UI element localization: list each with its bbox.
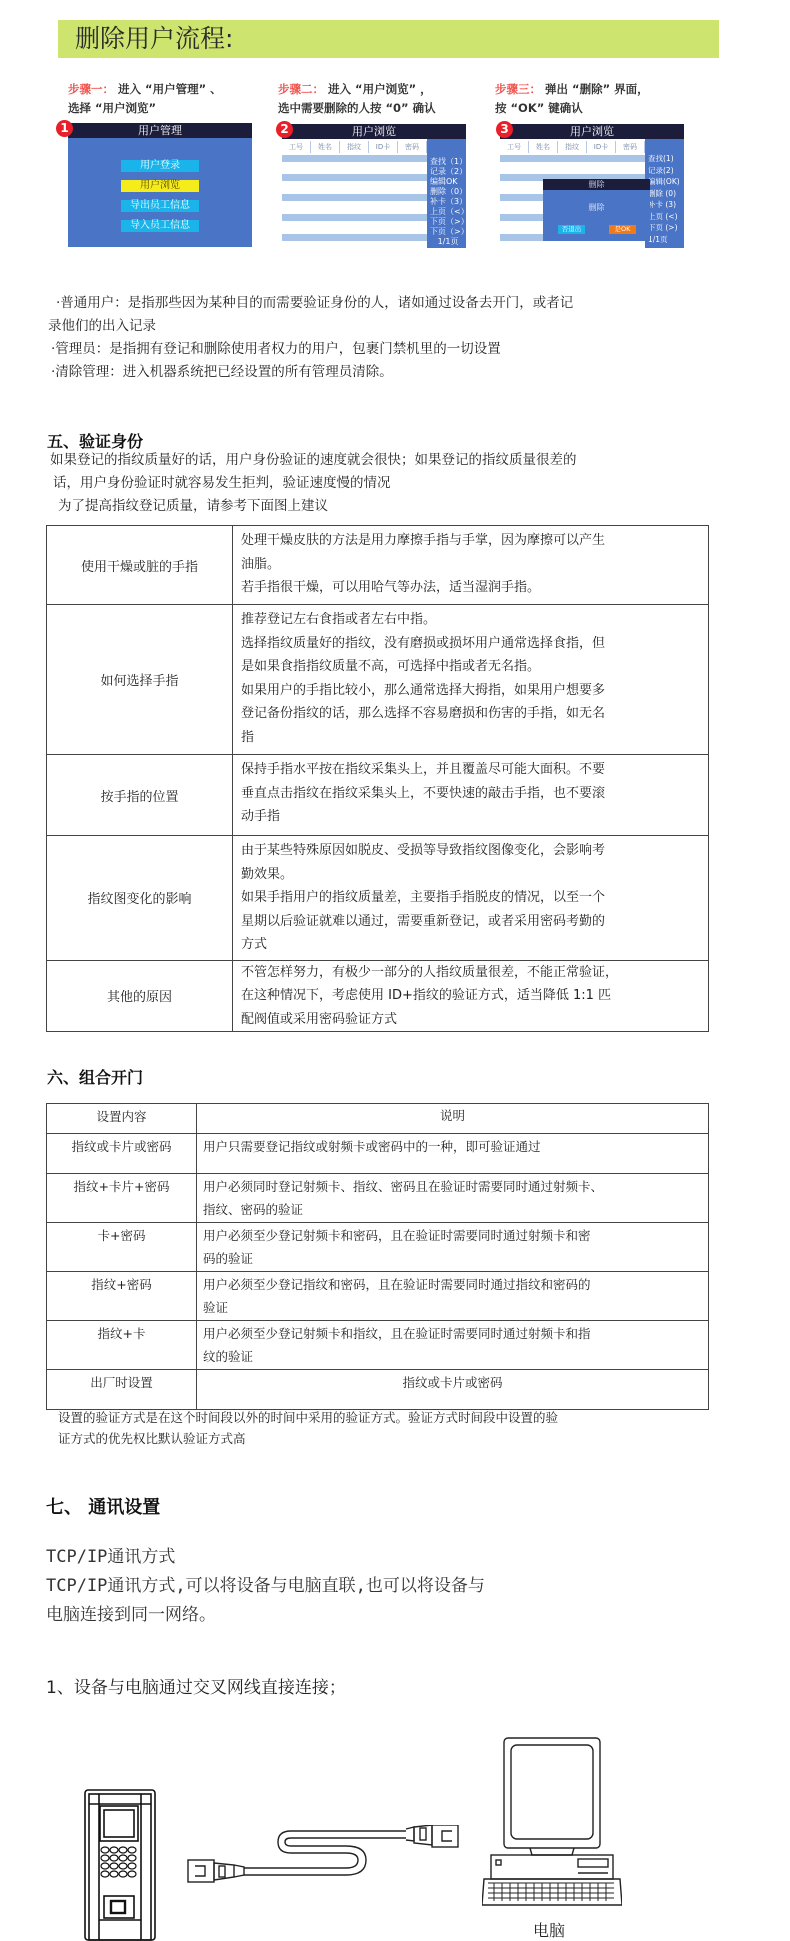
header-setting: 设置内容	[47, 1104, 197, 1134]
combo-line: 指纹、密码的验证	[203, 1198, 702, 1221]
section-7-description: TCP/IP通讯方式,可以将设备与电脑直联,也可以将设备与 电脑连接到同一网络。	[46, 1572, 485, 1630]
side-menu-item: 补卡（3）	[430, 197, 466, 207]
combo-unlock-table: 设置内容 说明 指纹或卡片或密码 用户只需要登记指纹或射频卡或密码中的一种，即可…	[46, 1103, 709, 1410]
note-line: 设置的验证方式是在这个时间段以外的时间中采用的验证方式。验证方式时间段中设置的验	[58, 1407, 738, 1428]
table-row	[500, 155, 645, 162]
combo-value: 用户必须至少登记指纹和密码，且在验证时需要同时通过指纹和密码的 验证	[197, 1272, 709, 1321]
intro-line: 如果登记的指纹质量好的话，用户身份验证的速度就会很快；如果登记的指纹质量很差的	[50, 449, 750, 472]
side-menu-item: 记录（2）	[430, 167, 466, 177]
table-row	[282, 214, 427, 221]
step-3-text: 弹出 “删除” 界面，	[541, 82, 649, 96]
combo-value: 指纹或卡片或密码	[197, 1370, 709, 1410]
dialog-ok-button: 是OK	[609, 225, 636, 234]
col-fingerprint: 指纹	[340, 141, 369, 153]
step-1-text-2: 选择 “用户浏览”	[68, 99, 268, 118]
screen-title: 用户浏览	[500, 124, 684, 139]
combo-key: 出厂时设置	[47, 1370, 197, 1410]
combo-value: 用户必须至少登记射频卡和密码，且在验证时需要同时通过射频卡和密 码的验证	[197, 1223, 709, 1272]
section-7-heading: 七、 通讯设置	[46, 1493, 160, 1519]
step-2-caption: 步骤二： 进入 “用户浏览” ， 选中需要删除的人按 “0” 确认	[278, 80, 488, 118]
side-menu-item: 补卡 (3)	[648, 199, 684, 211]
definition-admin: ·管理员：是指拥有登记和删除使用者权力的用户，包裹门禁机里的一切设置	[48, 338, 748, 361]
tip-line: 方式	[241, 933, 700, 957]
tip-line: 选择指纹质量好的指纹，没有磨损或损坏用户通常选择食指，但	[241, 632, 700, 656]
screen-user-browse: 用户浏览 工号 姓名 指纹 ID卡 密码 查找（1） 记录（2） 编辑OK 删除…	[282, 124, 466, 248]
step-badge-2: 2	[276, 121, 293, 138]
combo-line: 用户必须至少登记指纹和密码，且在验证时需要同时通过指纹和密码的	[203, 1273, 702, 1296]
definition-normal-user: ·普通用户：是指那些因为某种目的而需要验证身份的人，诸如通过设备去开门，或者记	[48, 292, 748, 315]
side-menu-item: 删除 (0)	[648, 188, 684, 200]
combo-value: 用户必须同时登记射频卡、指纹、密码且在验证时需要同时通过射频卡、 指纹、密码的验…	[197, 1174, 709, 1223]
note-line: 证方式的优先权比默认验证方式高	[58, 1428, 738, 1449]
tip-line: 油脂。	[241, 553, 700, 577]
table-row	[282, 155, 427, 162]
section-6-note: 设置的验证方式是在这个时间段以外的时间中采用的验证方式。验证方式时间段中设置的验…	[58, 1407, 738, 1449]
step-3-text-2: 按 “OK” 键确认	[495, 99, 705, 118]
table-row: 指纹+卡 用户必须至少登记射频卡和指纹，且在验证时需要同时通过射频卡和指 纹的验…	[47, 1321, 709, 1370]
tip-line: 如果用户的手指比较小，那么通常选择大拇指，如果用户想要多	[241, 679, 700, 703]
table-row: 按手指的位置 保持手指水平按在指纹采集头上，并且覆盖尽可能大面积。不要 垂直点击…	[47, 755, 709, 836]
table-row: 指纹图变化的影响 由于某些特殊原因如脱皮、受损等导致指纹图像变化，会影响考 勤效…	[47, 836, 709, 961]
col-fingerprint: 指纹	[558, 141, 587, 153]
col-idcard: ID卡	[587, 141, 616, 153]
tip-line: 若手指很干燥，可以用哈气等办法，适当湿润手指。	[241, 576, 700, 600]
intro-line: 为了提高指纹登记质量，请参考下面图上建议	[50, 495, 750, 518]
combo-key: 卡+密码	[47, 1223, 197, 1272]
table-row: 其他的原因 不管怎样努力，有极少一部分的人指纹质量很差，不能正常验证， 在这种情…	[47, 960, 709, 1032]
step-3-label: 步骤三：	[495, 82, 541, 96]
tip-key: 如何选择手指	[47, 605, 233, 755]
header-description: 说明	[197, 1104, 709, 1134]
section-6-heading: 六、组合开门	[47, 1065, 143, 1088]
step-2-text-2: 选中需要删除的人按 “0” 确认	[278, 99, 488, 118]
combo-key: 指纹+密码	[47, 1272, 197, 1321]
tip-line: 登记备份指纹的话，那么选择不容易磨损和伤害的手指，如无名	[241, 702, 700, 726]
side-menu-item: 编辑OK	[430, 177, 466, 187]
user-type-definitions: ·普通用户：是指那些因为某种目的而需要验证身份的人，诸如通过设备去开门，或者记 …	[48, 292, 748, 384]
page-title: 删除用户流程:	[75, 22, 233, 56]
table-row: 使用干燥或脏的手指 处理干燥皮肤的方法是用力摩擦手指与手掌，因为摩擦可以产生 油…	[47, 526, 709, 605]
step-2-label: 步骤二：	[278, 82, 324, 96]
col-id: 工号	[282, 141, 311, 153]
screen-delete-dialog: 用户浏览 工号 姓名 指纹 ID卡 密码 查找(1) 记录(2) 编辑(OK) …	[500, 124, 684, 248]
menu-item-user-browse: 用户浏览	[121, 180, 199, 192]
access-control-device-icon	[82, 1786, 158, 1941]
table-row	[282, 194, 427, 201]
table-row	[282, 174, 427, 181]
tip-line: 处理干燥皮肤的方法是用力摩擦手指与手掌，因为摩擦可以产生	[241, 529, 700, 553]
side-menu-item: 记录(2)	[648, 165, 684, 177]
combo-line: 码的验证	[203, 1247, 702, 1270]
tip-line: 星期以后验证就难以通过，需要重新登记，或者采用密码考勤的	[241, 910, 700, 934]
screen-title: 用户管理	[68, 123, 252, 138]
side-menu-item: 下页（>）	[430, 217, 466, 227]
desc-line: 电脑连接到同一网络。	[46, 1601, 485, 1630]
step-1-label: 步骤一：	[68, 82, 114, 96]
tip-line: 如果手指用户的指纹质量差，主要指手指脱皮的情况，以至一个	[241, 886, 700, 910]
intro-line: 话，用户身份验证时就容易发生拒判，验证速度慢的情况	[50, 472, 750, 495]
dialog-cancel-button: 否退出	[558, 225, 585, 234]
tip-line: 动手指	[241, 805, 700, 829]
table-row: 指纹+卡片+密码 用户必须同时登记射频卡、指纹、密码且在验证时需要同时通过射频卡…	[47, 1174, 709, 1223]
tip-line: 勤效果。	[241, 863, 700, 887]
network-cable-icon	[186, 1825, 461, 1891]
page-indicator: 1/1页	[648, 234, 684, 246]
column-headers: 工号 姓名 指纹 ID卡 密码	[282, 141, 427, 153]
tip-key: 使用干燥或脏的手指	[47, 526, 233, 605]
page-indicator: 1/1页	[430, 237, 466, 247]
computer-icon	[482, 1733, 622, 1913]
combo-line: 指纹或卡片或密码	[203, 1371, 702, 1394]
step-1-caption: 步骤一： 进入 “用户管理” 、 选择 “用户浏览”	[68, 80, 268, 118]
desc-line: TCP/IP通讯方式,可以将设备与电脑直联,也可以将设备与	[46, 1572, 485, 1601]
tip-line: 指	[241, 726, 700, 750]
fingerprint-tips-table: 使用干燥或脏的手指 处理干燥皮肤的方法是用力摩擦手指与手掌，因为摩擦可以产生 油…	[46, 525, 709, 1032]
side-menu-item: 上页 (<)	[648, 211, 684, 223]
tip-line: 垂直点击指纹在指纹采集头上，不要快速的敲击手指，也不要滚	[241, 782, 700, 806]
side-menu-item: 上页（<）	[430, 207, 466, 217]
side-menu-item: 编辑(OK)	[648, 176, 684, 188]
menu-item-import-staff: 导入员工信息	[121, 220, 199, 232]
tip-line: 在这种情况下，考虑使用 ID+指纹的验证方式，适当降低 1:1 匹	[241, 984, 700, 1008]
screen-title: 用户浏览	[282, 124, 466, 139]
computer-label: 电脑	[533, 1918, 565, 1941]
tip-key: 按手指的位置	[47, 755, 233, 836]
tip-value: 处理干燥皮肤的方法是用力摩擦手指与手掌，因为摩擦可以产生 油脂。 若手指很干燥，…	[233, 526, 709, 605]
step-2-text: 进入 “用户浏览” ，	[324, 82, 432, 96]
connection-step-1: 1、设备与电脑通过交叉网线直接连接；	[46, 1673, 346, 1698]
tip-value: 不管怎样努力，有极少一部分的人指纹质量很差，不能正常验证， 在这种情况下，考虑使…	[233, 960, 709, 1032]
combo-line: 用户只需要登记指纹或射频卡或密码中的一种，即可验证通过	[203, 1135, 702, 1158]
col-idcard: ID卡	[369, 141, 398, 153]
tip-line: 是如果食指指纹质量不高，可选择中指或者无名指。	[241, 655, 700, 679]
table-row: 如何选择手指 推荐登记左右食指或者左右中指。 选择指纹质量好的指纹，没有磨损或损…	[47, 605, 709, 755]
col-password: 密码	[616, 141, 645, 153]
delete-dialog: 删除 删除 否退出 是OK	[543, 179, 650, 241]
menu-item-user-login: 用户登录	[121, 160, 199, 172]
combo-key: 指纹或卡片或密码	[47, 1134, 197, 1174]
table-row: 卡+密码 用户必须至少登记射频卡和密码，且在验证时需要同时通过射频卡和密 码的验…	[47, 1223, 709, 1272]
step-badge-3: 3	[496, 121, 513, 138]
side-menu-item: 下页 (>)	[648, 222, 684, 234]
screen-user-management: 用户管理 用户登录 用户浏览 导出员工信息 导入员工信息	[68, 123, 252, 247]
menu-item-export-staff: 导出员工信息	[121, 200, 199, 212]
table-row: 出厂时设置 指纹或卡片或密码	[47, 1370, 709, 1410]
combo-line: 用户必须至少登记射频卡和密码，且在验证时需要同时通过射频卡和密	[203, 1224, 702, 1247]
col-name: 姓名	[311, 141, 340, 153]
column-headers: 工号 姓名 指纹 ID卡 密码	[500, 141, 645, 153]
definition-normal-user-cont: 录他们的出入记录	[48, 315, 748, 338]
section-7-subtitle: TCP/IP通讯方式	[46, 1543, 175, 1571]
table-row: 指纹+密码 用户必须至少登记指纹和密码，且在验证时需要同时通过指纹和密码的 验证	[47, 1272, 709, 1321]
tip-line: 配阀值或采用密码验证方式	[241, 1008, 700, 1032]
combo-line: 验证	[203, 1296, 702, 1319]
combo-line: 用户必须同时登记射频卡、指纹、密码且在验证时需要同时通过射频卡、	[203, 1175, 702, 1198]
tip-value: 由于某些特殊原因如脱皮、受损等导致指纹图像变化，会影响考 勤效果。 如果手指用户…	[233, 836, 709, 961]
combo-key: 指纹+卡	[47, 1321, 197, 1370]
col-password: 密码	[398, 141, 427, 153]
table-header-row: 设置内容 说明	[47, 1104, 709, 1134]
side-menu: 查找(1) 记录(2) 编辑(OK) 删除 (0) 补卡 (3) 上页 (<) …	[645, 139, 684, 248]
tip-value: 推荐登记左右食指或者左右中指。 选择指纹质量好的指纹，没有磨损或损坏用户通常选择…	[233, 605, 709, 755]
tip-line: 保持手指水平按在指纹采集头上，并且覆盖尽可能大面积。不要	[241, 758, 700, 782]
dialog-title: 删除	[543, 179, 650, 190]
side-menu-item: 查找（1）	[430, 157, 466, 167]
dialog-message: 删除	[543, 202, 650, 213]
section-5-intro: 如果登记的指纹质量好的话，用户身份验证的速度就会很快；如果登记的指纹质量很差的 …	[50, 449, 750, 518]
side-menu-item: 删除（0）	[430, 187, 466, 197]
tip-line: 不管怎样努力，有极少一部分的人指纹质量很差，不能正常验证，	[241, 961, 700, 985]
table-row	[282, 234, 427, 241]
tip-value: 保持手指水平按在指纹采集头上，并且覆盖尽可能大面积。不要 垂直点击指纹在指纹采集…	[233, 755, 709, 836]
tip-line: 推荐登记左右食指或者左右中指。	[241, 608, 700, 632]
col-name: 姓名	[529, 141, 558, 153]
combo-key: 指纹+卡片+密码	[47, 1174, 197, 1223]
combo-line: 纹的验证	[203, 1345, 702, 1368]
tip-line: 由于某些特殊原因如脱皮、受损等导致指纹图像变化，会影响考	[241, 839, 700, 863]
side-menu-item: 查找(1)	[648, 153, 684, 165]
tip-key: 其他的原因	[47, 960, 233, 1032]
col-id: 工号	[500, 141, 529, 153]
combo-value: 用户只需要登记指纹或射频卡或密码中的一种，即可验证通过	[197, 1134, 709, 1174]
side-menu: 查找（1） 记录（2） 编辑OK 删除（0） 补卡（3） 上页（<） 下页（>）…	[427, 139, 466, 248]
combo-value: 用户必须至少登记射频卡和指纹，且在验证时需要同时通过射频卡和指 纹的验证	[197, 1321, 709, 1370]
side-menu-item: 下页（>）	[430, 227, 466, 237]
table-row: 指纹或卡片或密码 用户只需要登记指纹或射频卡或密码中的一种，即可验证通过	[47, 1134, 709, 1174]
combo-line: 用户必须至少登记射频卡和指纹，且在验证时需要同时通过射频卡和指	[203, 1322, 702, 1345]
step-1-text: 进入 “用户管理” 、	[114, 82, 222, 96]
step-badge-1: 1	[56, 120, 73, 137]
step-3-caption: 步骤三： 弹出 “删除” 界面， 按 “OK” 键确认	[495, 80, 705, 118]
tip-key: 指纹图变化的影响	[47, 836, 233, 961]
definition-clear-admin: ·清除管理：进入机器系统把已经设置的所有管理员清除。	[48, 361, 748, 384]
